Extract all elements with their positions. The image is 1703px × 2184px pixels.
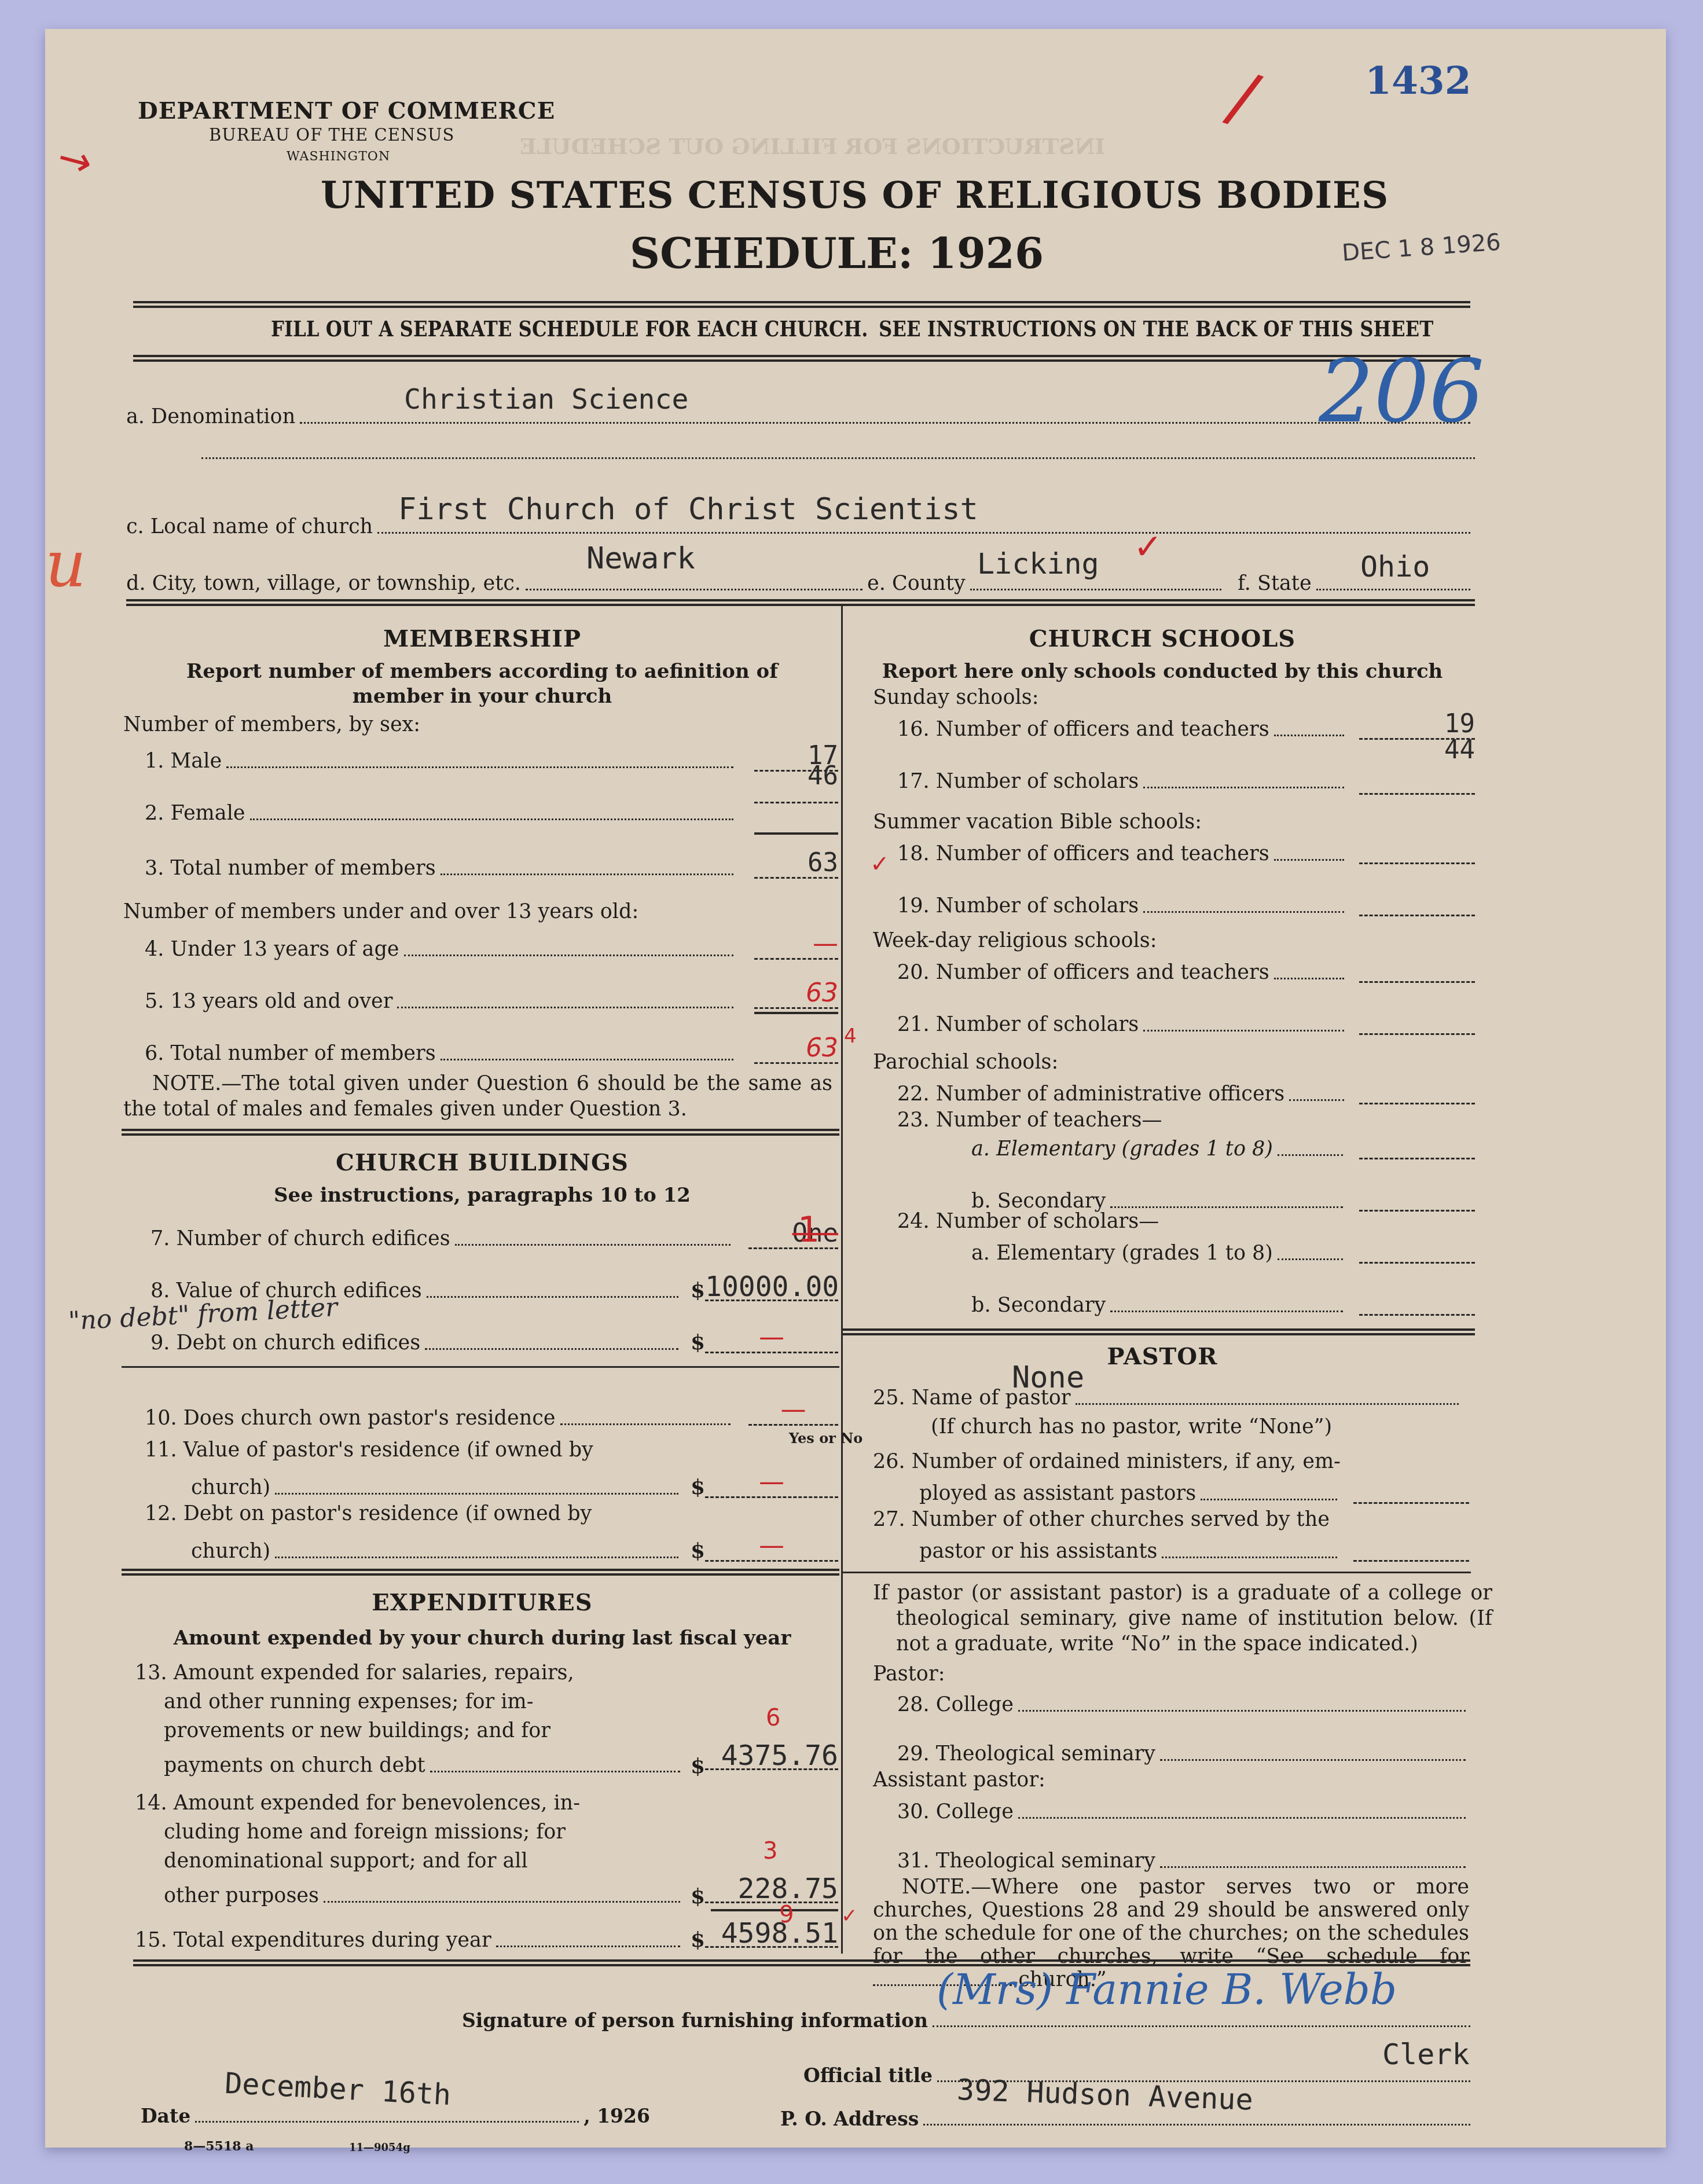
edifices-count-correction: 1	[798, 1210, 820, 1250]
exp-14-line-3: denominational support; and for all	[164, 1849, 528, 1873]
state-field[interactable]: f. State	[1238, 560, 1475, 595]
local-name-value[interactable]: First Church of Christ Scientist	[398, 492, 978, 527]
instruction-left: FILL OUT A SEPARATE SCHEDULE FOR EACH CH…	[271, 315, 868, 342]
total-age-value[interactable]: 63	[754, 1033, 838, 1064]
female-row: 2. Female	[145, 796, 738, 825]
over-13-value[interactable]: 63	[754, 978, 838, 1009]
exp-15-row: 15. Total expenditures during year	[135, 1923, 685, 1952]
denomination-value[interactable]: Christian Science	[404, 383, 688, 416]
bureau-label: BUREAU OF THE CENSUS	[209, 125, 454, 145]
q23b-value[interactable]	[1359, 1181, 1475, 1212]
male-row: 1. Male	[145, 744, 738, 773]
denomination-field[interactable]: a. Denomination	[126, 394, 1475, 428]
q21-value[interactable]	[1359, 1004, 1475, 1035]
total-age-mark: 4	[844, 1025, 857, 1048]
q27-row: pastor or his assistants	[919, 1534, 1342, 1563]
expenditures-title: EXPENDITURES	[126, 1589, 838, 1616]
department-label: DEPARTMENT OF COMMERCE	[138, 97, 555, 124]
exp-13-line-1: 13. Amount expended for salaries, repair…	[135, 1661, 574, 1684]
q21-row: 21. Number of scholars	[897, 1007, 1349, 1036]
exp-14-correction: 3	[763, 1838, 777, 1864]
buildings-rule	[122, 1569, 839, 1576]
state-label: f. State	[1238, 572, 1312, 595]
q20-value[interactable]	[1359, 952, 1475, 983]
instruction-right: SEE INSTRUCTIONS ON THE BACK OF THIS SHE…	[879, 315, 1433, 342]
residence-value-row: church)	[191, 1470, 683, 1499]
assistant-pastor-label: Assistant pastor:	[873, 1768, 1045, 1792]
exp-13-line-3: provements or new buildings; and for	[164, 1719, 550, 1742]
q29-field[interactable]: 29. Theological seminary	[897, 1737, 1470, 1765]
pastor-name-value[interactable]: None	[1012, 1360, 1084, 1395]
by-sex-label: Number of members, by sex:	[123, 713, 420, 736]
local-name-label: c. Local name of church	[126, 515, 373, 538]
county-check-mark: ✓	[1133, 527, 1162, 567]
pastor-sub-label: Pastor:	[873, 1662, 945, 1686]
q26-line-1: 26. Number of ordained ministers, if any…	[873, 1450, 1341, 1473]
membership-title: MEMBERSHIP	[126, 625, 838, 652]
sunday-schools-label: Sunday schools:	[873, 686, 1038, 709]
census-schedule-sheet: INSTRUCTIONS FOR FILLING OUT SCHEDULE ↘ …	[45, 29, 1666, 2148]
female-value[interactable]: 46	[754, 761, 838, 803]
total-members-value[interactable]: 63	[754, 848, 838, 879]
stamp-number: 1432	[1365, 58, 1471, 103]
church-schools-subtitle: Report here only schools conducted by th…	[850, 660, 1475, 683]
received-date-stamp: DEC 1 8 1926	[1341, 229, 1502, 266]
county-value[interactable]: Licking	[977, 547, 1099, 581]
identity-rule	[126, 599, 1475, 606]
parochial-schools-label: Parochial schools:	[873, 1051, 1058, 1074]
q27-line-1: 27. Number of other churches served by t…	[873, 1508, 1330, 1531]
residence-value-value[interactable]: —	[705, 1467, 838, 1498]
q23a-value[interactable]	[1359, 1129, 1475, 1159]
q24b-value[interactable]	[1359, 1285, 1475, 1316]
signature-value[interactable]: (Mrs) Fannie B. Webb	[937, 1965, 1397, 2014]
owns-residence-value[interactable]: —	[748, 1395, 838, 1426]
total-age-row: 6. Total number of members	[145, 1036, 738, 1065]
exp-13-correction: 6	[766, 1705, 780, 1731]
q22-row: 22. Number of administrative officers	[897, 1077, 1349, 1106]
pastor-name-hint: (If church has no pastor, write “None”)	[931, 1415, 1332, 1438]
q18-row: 18. Number of officers and teachers	[897, 836, 1349, 865]
membership-subtitle-1: Report number of members according to ae…	[126, 660, 838, 683]
official-title-value[interactable]: Clerk	[1382, 2038, 1470, 2071]
q20-row: 20. Number of officers and teachers	[897, 955, 1349, 984]
under-13-value[interactable]: —	[754, 929, 838, 960]
under-13-row: 4. Under 13 years of age	[145, 932, 738, 961]
edifices-value[interactable]: 10000.00	[705, 1271, 838, 1301]
total-check-mark: ✓	[870, 851, 890, 878]
edifices-count-value[interactable]: One	[748, 1218, 838, 1249]
total-members-row: 3. Total number of members	[145, 851, 738, 880]
schools-rule	[843, 1328, 1475, 1335]
weekday-schools-label: Week-day religious schools:	[873, 929, 1157, 952]
membership-rule	[122, 1129, 839, 1136]
city-value[interactable]: Newark	[586, 541, 695, 576]
city-label: WASHINGTON	[287, 149, 390, 164]
exp-13-row: payments on church debt	[164, 1748, 685, 1777]
margin-u-mark: u	[45, 527, 86, 601]
graduate-instructions: If pastor (or assistant pastor) is a gra…	[873, 1580, 1492, 1657]
over-13-row: 5. 13 years old and over	[145, 984, 738, 1013]
q28-field[interactable]: 28. College	[897, 1687, 1470, 1716]
q23-label: 23. Number of teachers—	[897, 1108, 1162, 1132]
form-code-1: 8—5518 a	[184, 2139, 254, 2154]
red-tick-mark: /	[1218, 56, 1268, 140]
red-arrow-mark: ↘	[47, 131, 100, 189]
q30-field[interactable]: 30. College	[897, 1794, 1470, 1823]
edifices-count-row: 7. Number of church edifices	[151, 1221, 735, 1250]
q24-label: 24. Number of scholars—	[897, 1210, 1159, 1233]
edifices-debt-value[interactable]: —	[705, 1323, 838, 1353]
form-title: UNITED STATES CENSUS OF RELIGIOUS BODIES	[321, 174, 1389, 217]
q19-value[interactable]	[1359, 886, 1475, 916]
buildings-title: CHURCH BUILDINGS	[126, 1149, 838, 1176]
column-divider	[841, 605, 843, 1954]
q17-value[interactable]: 44	[1359, 735, 1475, 795]
edifices-debt-row: 9. Debt on church edifices	[151, 1326, 683, 1355]
bleed-through-heading: INSTRUCTIONS FOR FILLING OUT SCHEDULE	[520, 133, 1105, 159]
schedule-title: SCHEDULE: 1926	[630, 229, 1044, 278]
exp-14-row: other purposes	[164, 1878, 685, 1907]
county-label: e. County	[867, 572, 966, 595]
pastor-note-check: ✓	[841, 1904, 858, 1928]
exp-13-value[interactable]: 4375.76	[705, 1739, 838, 1770]
owns-residence-row: 10. Does church own pastor's residence	[145, 1401, 735, 1430]
city-field[interactable]: d. City, town, village, or township, etc…	[126, 560, 867, 595]
header-rule-top	[133, 301, 1470, 308]
q24b-row: b. Secondary	[971, 1288, 1348, 1317]
denomination-second-line[interactable]	[201, 457, 1475, 459]
q26-row: ployed as assistant pastors	[919, 1476, 1342, 1505]
city-label: d. City, town, village, or township, etc…	[126, 572, 521, 595]
q19-row: 19. Number of scholars	[897, 889, 1349, 917]
residence-debt-row: church)	[191, 1534, 683, 1563]
q24a-value[interactable]	[1359, 1233, 1475, 1264]
q22-value[interactable]	[1359, 1074, 1475, 1104]
q23a-row: a. Elementary (grades 1 to 8)	[971, 1132, 1348, 1161]
residence-debt-label: 12. Debt on pastor's residence (if owned…	[145, 1502, 592, 1525]
q16-row: 16. Number of officers and teachers	[897, 712, 1349, 741]
exp-15-correction: 9	[779, 1902, 794, 1928]
membership-note: NOTE.—The total given under Question 6 s…	[123, 1071, 832, 1122]
residence-value-label: 11. Value of pastor's residence (if owne…	[145, 1438, 593, 1462]
denomination-label: a. Denomination	[126, 405, 295, 428]
q18-value[interactable]	[1359, 834, 1475, 864]
buildings-subtitle: See instructions, paragraphs 10 to 12	[126, 1184, 838, 1207]
expenditures-subtitle: Amount expended by your church during la…	[126, 1627, 838, 1650]
q24a-row: a. Elementary (grades 1 to 8)	[971, 1236, 1348, 1265]
q27-value[interactable]	[1353, 1531, 1469, 1562]
summer-schools-label: Summer vacation Bible schools:	[873, 810, 1202, 834]
exp-13-line-2: and other running expenses; for im-	[164, 1690, 534, 1713]
exp-15-value[interactable]: 4598.51	[705, 1917, 838, 1948]
exp-14-value[interactable]: 228.75	[705, 1873, 838, 1903]
residence-debt-value[interactable]: —	[705, 1531, 838, 1562]
header-rule-bottom	[133, 355, 1470, 362]
q23b-row: b. Secondary	[971, 1184, 1348, 1213]
state-value[interactable]: Ohio	[1360, 550, 1430, 583]
church-schools-title: CHURCH SCHOOLS	[850, 625, 1475, 652]
yes-no-hint: Yes or No	[789, 1430, 862, 1447]
pastor-name-field[interactable]: 25. Name of pastor	[873, 1378, 1463, 1409]
exp-14-line-2: cluding home and foreign missions; for	[164, 1820, 566, 1844]
membership-subtitle-2: member in your church	[126, 685, 838, 708]
q26-value[interactable]	[1353, 1473, 1469, 1504]
q31-field[interactable]: 31. Theological seminary	[897, 1844, 1470, 1873]
exp-14-line-1: 14. Amount expended for benevolences, in…	[135, 1792, 580, 1815]
age-label: Number of members under and over 13 year…	[123, 900, 638, 923]
pastor-title: PASTOR	[850, 1343, 1475, 1370]
form-code-2: 11—9054g	[349, 2142, 410, 2154]
q17-row: 17. Number of scholars	[897, 764, 1349, 793]
